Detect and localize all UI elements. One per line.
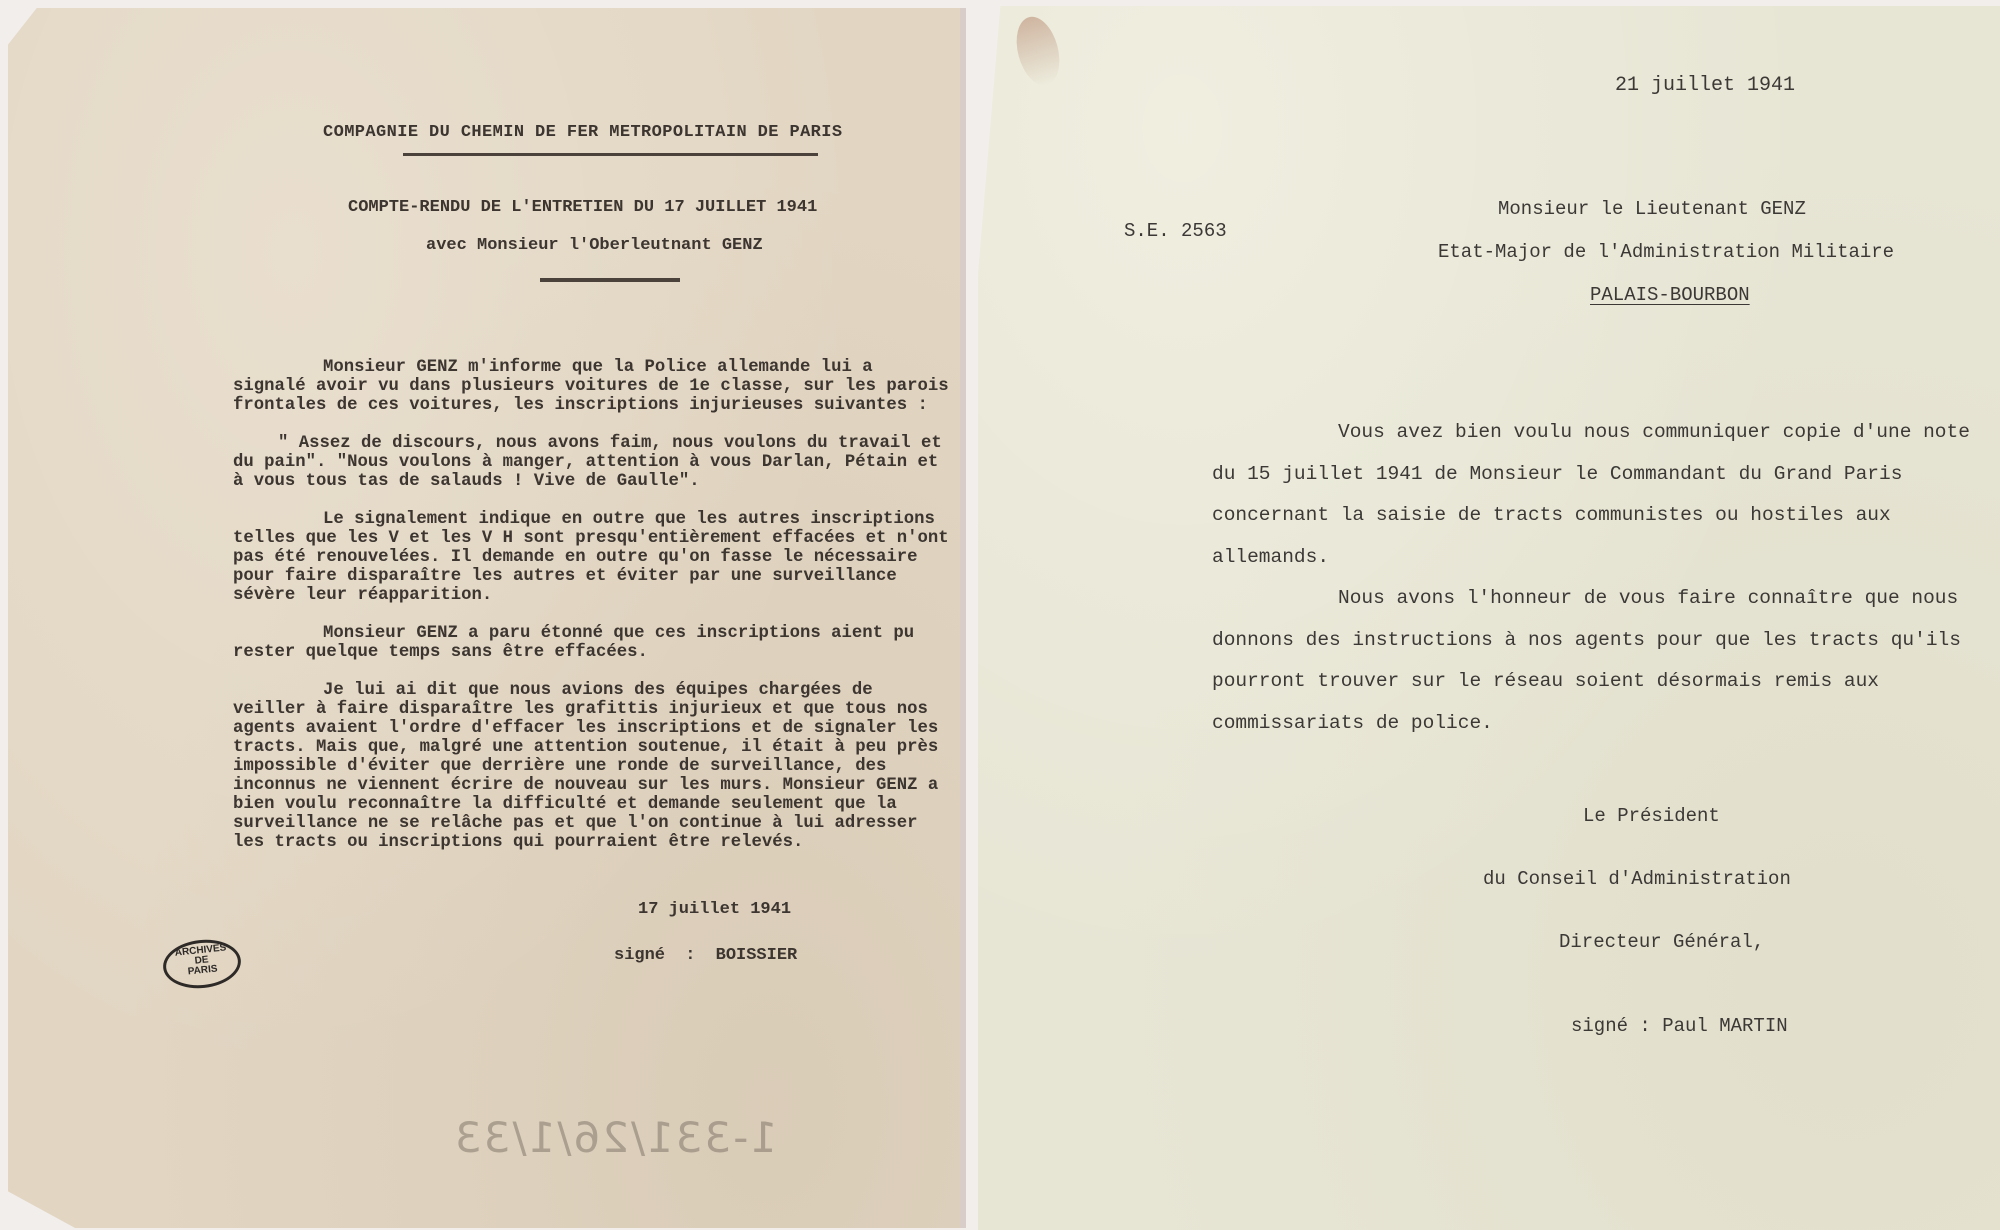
report-subtitle: avec Monsieur l'Oberleutnant GENZ — [426, 236, 763, 255]
header-rule — [403, 153, 818, 156]
quoted-inscription: " Assez de discours, nous avons faim, no… — [233, 434, 953, 491]
recipient-office: Etat-Major de l'Administration Militaire — [1438, 241, 1894, 263]
signature-council: du Conseil d'Administration — [1483, 869, 1791, 890]
letter-body: Vous avez bien voulu nous communiquer co… — [1212, 412, 1972, 744]
paragraph: Nous avons l'honneur de vous faire conna… — [1212, 578, 1972, 744]
report-title: COMPTE-RENDU DE L'ENTRETIEN DU 17 JUILLE… — [348, 198, 817, 217]
paragraph: Monsieur GENZ a paru étonné que ces insc… — [233, 624, 953, 662]
signature-title: Le Président — [1483, 806, 1791, 827]
paragraph: Je lui ai dit que nous avions des équipe… — [233, 681, 953, 852]
signature-role: Directeur Général, — [1483, 932, 1791, 953]
paragraph: Vous avez bien voulu nous communiquer co… — [1212, 412, 1972, 578]
report-body: Monsieur GENZ m'informe que la Police al… — [233, 358, 953, 871]
company-header: COMPAGNIE DU CHEMIN DE FER METROPOLITAIN… — [323, 123, 842, 142]
pencil-archive-number: 1-331/26/1/33 — [453, 1113, 777, 1162]
letter-reference: S.E. 2563 — [1124, 220, 1227, 242]
paper-stain — [1010, 12, 1067, 90]
archives-stamp-icon: ARCHIVES DE PARIS — [161, 936, 244, 992]
title-rule — [540, 278, 680, 282]
report-date: 17 juillet 1941 — [638, 900, 791, 919]
paragraph: Le signalement indique en outre que les … — [233, 510, 953, 605]
signature-block: Le Président du Conseil d'Administration… — [1483, 764, 1791, 1079]
paragraph: Monsieur GENZ m'informe que la Police al… — [233, 358, 953, 415]
report-signature: signé : BOISSIER — [614, 946, 797, 965]
letter-date: 21 juillet 1941 — [1615, 74, 1795, 97]
right-document-page: 21 juillet 1941 S.E. 2563 Monsieur le Li… — [978, 6, 2000, 1230]
left-document-page: COMPAGNIE DU CHEMIN DE FER METROPOLITAIN… — [8, 8, 966, 1228]
recipient-location: PALAIS-BOURBON — [1590, 284, 1750, 306]
signature-name: signé : Paul MARTIN — [1483, 1016, 1791, 1037]
recipient-name: Monsieur le Lieutenant GENZ — [1498, 198, 1806, 220]
